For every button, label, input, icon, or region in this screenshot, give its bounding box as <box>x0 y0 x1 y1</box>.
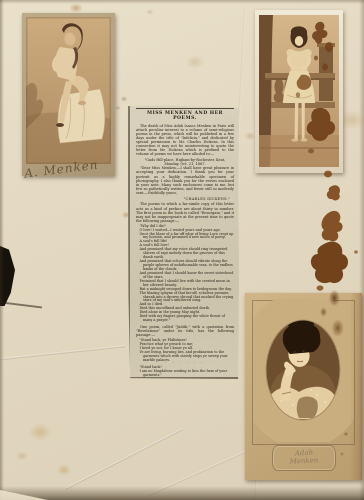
clipping-headline: MISS MENKEN AND HER POEMS. <box>136 108 234 121</box>
judith-quote: "Stand back, ye Philistines! Practice wh… <box>136 339 234 378</box>
resurgam-quote: "Why did I die? O love! I waited—I waite… <box>136 225 234 323</box>
standing-woman-illustration <box>259 15 339 167</box>
clipping-paragraph: Another poem is an avowed imitation of O… <box>136 380 234 392</box>
stain-shapes <box>300 166 362 306</box>
newspaper-clipping: MISS MENKEN AND HER POEMS. The death of … <box>128 105 239 379</box>
torn-edge-line <box>2 302 42 309</box>
letter-body: "Dear Miss Menken,—I shall have great pl… <box>136 166 234 195</box>
clipping-paragraph: The poems to which a fac-simile copy of … <box>136 202 234 223</box>
photo-card-bottom-right: Adah Menken <box>245 293 362 480</box>
page-bottom-edge-shadow <box>0 486 364 500</box>
clipping-paragraph: One poem, called "Judith," with a quotat… <box>136 325 234 337</box>
card-stain-dots <box>336 426 356 466</box>
scrapbook-page: A. Menken <box>0 0 364 500</box>
handwritten-caption: Menken <box>273 455 335 466</box>
photo-standing-woman <box>259 15 339 167</box>
caption-cartouche: Adah Menken <box>272 445 336 471</box>
page-left-edge-shadow <box>0 0 4 500</box>
clipping-paragraph: The death of Miss Adah Isaacs Menken in … <box>136 124 234 157</box>
letter-signature: "CHARLES DICKENS." <box>136 197 234 201</box>
page-right-edge-shadow <box>359 0 364 500</box>
page-top-edge-shadow <box>0 0 364 4</box>
card-stain <box>314 289 348 339</box>
page-crease <box>0 345 126 361</box>
photo-card-top-right <box>255 10 343 173</box>
poem-line: I am no Magdalene waiting to kiss the he… <box>136 370 234 378</box>
posed-figure-illustration <box>26 17 111 164</box>
large-stain-blot <box>300 166 362 306</box>
studio-floor <box>259 135 339 167</box>
page-crease <box>65 428 184 490</box>
photo-card-top-left: A. Menken <box>22 13 115 176</box>
photo-posed-figure <box>26 17 111 164</box>
poem-line: Died with my fingers grasping the white … <box>136 315 234 323</box>
